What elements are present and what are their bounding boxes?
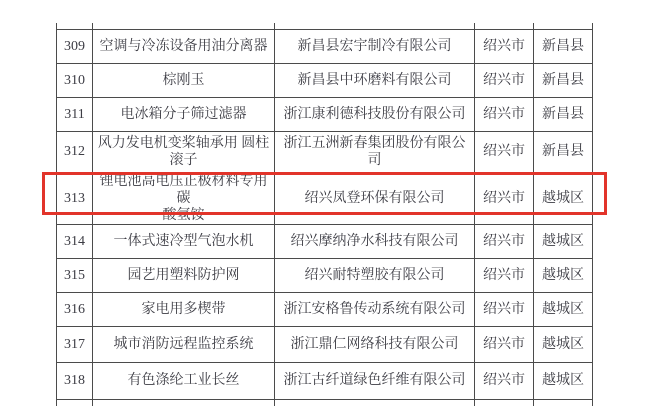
district-cell: 越城区 (534, 172, 593, 224)
table-row: 316 家电用多楔带 浙江安格鲁传动系统有限公司 绍兴市 越城区 (57, 292, 593, 326)
district-cell: 新昌县 (534, 29, 593, 63)
city-cell: 绍兴市 (475, 63, 534, 97)
table-row: 311 电冰箱分子筛过滤器 浙江康利德科技股份有限公司 绍兴市 新昌县 (57, 97, 593, 131)
row-number-cell: 318 (57, 362, 93, 399)
district-cell: 越城区 (534, 258, 593, 292)
table-row: 317 城市消防远程监控系统 浙江鼎仁网络科技有限公司 绍兴市 越城区 (57, 326, 593, 362)
row-number-cell: 317 (57, 326, 93, 362)
table-row: 314 一体式速冷型气泡水机 绍兴摩纳净水科技有限公司 绍兴市 越城区 (57, 224, 593, 258)
product-name-cell: 家电用多楔带 (93, 292, 275, 326)
company-name-cell: 浙江古纤道绿色纤维有限公司 (275, 362, 475, 399)
product-name-cell: 棕刚玉 (93, 63, 275, 97)
company-name-cell: 浙江五洲新春集团股份有限公司 (275, 131, 475, 172)
row-number-cell: 309 (57, 29, 93, 63)
company-name-cell: 浙江安格鲁传动系统有限公司 (275, 292, 475, 326)
row-number-cell: 314 (57, 224, 93, 258)
district-cell: 越城区 (534, 326, 593, 362)
company-name-cell: 新昌县中环磨料有限公司 (275, 63, 475, 97)
product-name-cell: 锂电池高电压正极材料专用碳 酸氢铵 (93, 172, 275, 224)
empty-cell (275, 399, 475, 406)
empty-cell (93, 399, 275, 406)
company-name-cell: 新昌县宏宇制冷有限公司 (275, 29, 475, 63)
table-row: 310 棕刚玉 新昌县中环磨料有限公司 绍兴市 新昌县 (57, 63, 593, 97)
district-cell: 新昌县 (534, 97, 593, 131)
row-number-cell: 315 (57, 258, 93, 292)
table-row: 309 空调与冷冻设备用油分离器 新昌县宏宇制冷有限公司 绍兴市 新昌县 (57, 29, 593, 63)
row-number-cell: 316 (57, 292, 93, 326)
company-name-cell: 绍兴耐特塑胶有限公司 (275, 258, 475, 292)
product-name-cell: 有色涤纶工业长丝 (93, 362, 275, 399)
company-name-cell: 浙江康利德科技股份有限公司 (275, 97, 475, 131)
city-cell: 绍兴市 (475, 292, 534, 326)
product-name-cell: 风力发电机变桨轴承用 圆柱 滚子 (93, 131, 275, 172)
row-number-cell: 310 (57, 63, 93, 97)
district-cell: 越城区 (534, 224, 593, 258)
city-cell: 绍兴市 (475, 362, 534, 399)
product-name-cell: 城市消防远程监控系统 (93, 326, 275, 362)
product-name-cell: 空调与冷冻设备用油分离器 (93, 29, 275, 63)
company-name-cell: 绍兴摩纳净水科技有限公司 (275, 224, 475, 258)
table-row: 315 园艺用塑料防护网 绍兴耐特塑胶有限公司 绍兴市 越城区 (57, 258, 593, 292)
city-cell: 绍兴市 (475, 29, 534, 63)
city-cell: 绍兴市 (475, 172, 534, 224)
table-row: 318 有色涤纶工业长丝 浙江古纤道绿色纤维有限公司 绍兴市 越城区 (57, 362, 593, 399)
table-row: 312 风力发电机变桨轴承用 圆柱 滚子 浙江五洲新春集团股份有限公司 绍兴市 … (57, 131, 593, 172)
empty-cell (57, 399, 93, 406)
row-number-cell: 313 (57, 172, 93, 224)
product-name-cell: 一体式速冷型气泡水机 (93, 224, 275, 258)
city-cell: 绍兴市 (475, 258, 534, 292)
company-name-cell: 绍兴凤登环保有限公司 (275, 172, 475, 224)
district-cell: 新昌县 (534, 63, 593, 97)
district-cell: 越城区 (534, 362, 593, 399)
product-name-cell: 电冰箱分子筛过滤器 (93, 97, 275, 131)
city-cell: 绍兴市 (475, 97, 534, 131)
city-cell: 绍兴市 (475, 224, 534, 258)
city-cell: 绍兴市 (475, 131, 534, 172)
district-cell: 新昌县 (534, 131, 593, 172)
district-cell: 越城区 (534, 292, 593, 326)
city-cell: 绍兴市 (475, 326, 534, 362)
empty-cell (534, 399, 593, 406)
row-number-cell: 311 (57, 97, 93, 131)
document-page: 309 空调与冷冻设备用油分离器 新昌县宏宇制冷有限公司 绍兴市 新昌县 310… (0, 0, 666, 406)
company-name-cell: 浙江鼎仁网络科技有限公司 (275, 326, 475, 362)
table-row-highlighted: 313 锂电池高电压正极材料专用碳 酸氢铵 绍兴凤登环保有限公司 绍兴市 越城区 (57, 172, 593, 224)
empty-cell (475, 399, 534, 406)
row-number-cell: 312 (57, 131, 93, 172)
table-row-partial-bottom (57, 399, 593, 406)
product-name-cell: 园艺用塑料防护网 (93, 258, 275, 292)
product-catalog-table: 309 空调与冷冻设备用油分离器 新昌县宏宇制冷有限公司 绍兴市 新昌县 310… (56, 23, 593, 406)
